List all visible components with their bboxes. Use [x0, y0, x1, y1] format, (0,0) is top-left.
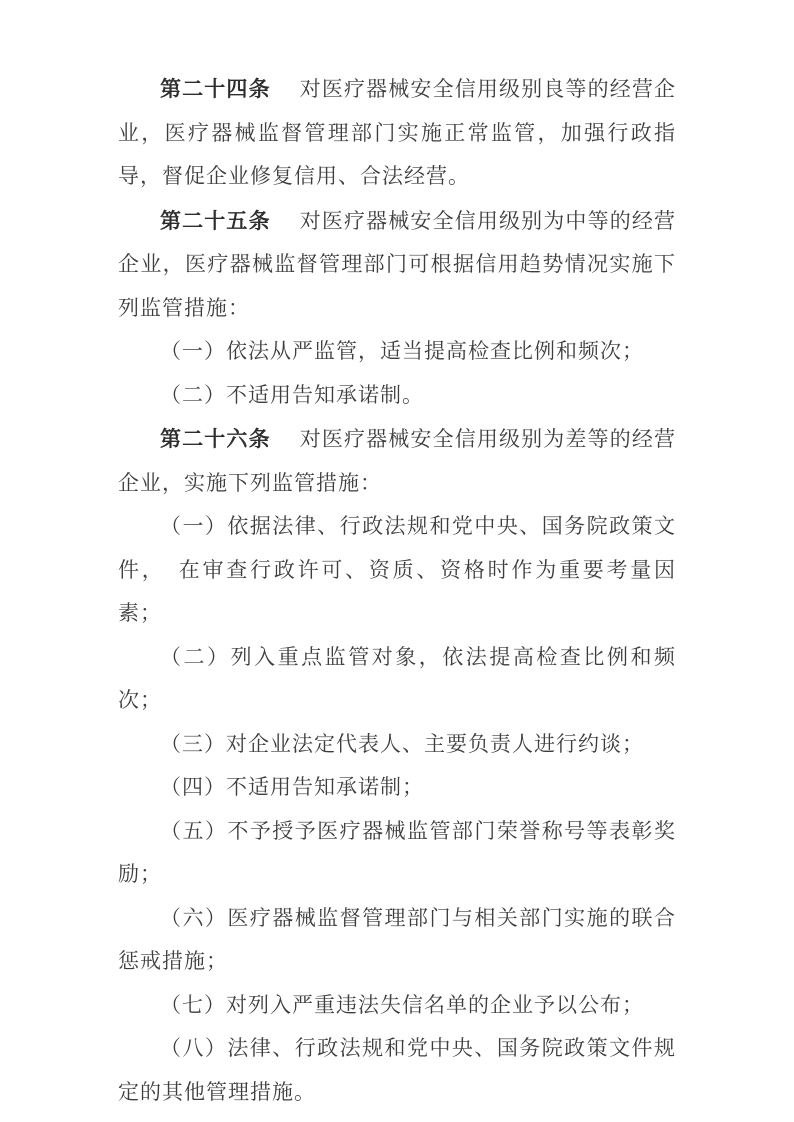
- paragraph-text: （二）不适用告知承诺制。: [160, 383, 424, 407]
- article-number: 第二十五条: [160, 208, 271, 233]
- paragraph-text: （一）依据法律、行政法规和党中央、国务院政策文件， 在审查行政许可、资质、资格时…: [118, 514, 676, 625]
- paragraph-text: （八）法律、行政法规和党中央、国务院政策文件规定的其他管理措施。: [118, 1036, 676, 1104]
- clause-paragraph: （八）法律、行政法规和党中央、国务院政策文件规定的其他管理措施。: [118, 1027, 676, 1114]
- article-paragraph: 第二十五条对医疗器械安全信用级别为中等的经营企业，医疗器械监督管理部门可根据信用…: [118, 199, 676, 331]
- clause-paragraph: （四）不适用告知承诺制；: [118, 766, 676, 810]
- clause-paragraph: （三）对企业法定代表人、主要负责人进行约谈；: [118, 723, 676, 767]
- article-paragraph: 第二十四条对医疗器械安全信用级别良等的经营企业，医疗器械监督管理部门实施正常监管…: [118, 67, 676, 199]
- paragraph-text: （一）依法从严监管，适当提高检查比例和频次；: [160, 339, 644, 363]
- document-body: 第二十四条对医疗器械安全信用级别良等的经营企业，医疗器械监督管理部门实施正常监管…: [118, 67, 676, 1114]
- paragraph-text: （四）不适用告知承诺制；: [160, 775, 424, 799]
- article-number: 第二十四条: [160, 76, 271, 101]
- article-number: 第二十六条: [160, 426, 271, 451]
- clause-paragraph: （一）依据法律、行政法规和党中央、国务院政策文件， 在审查行政许可、资质、资格时…: [118, 505, 676, 636]
- clause-paragraph: （五）不予授予医疗器械监管部门荣誉称号等表彰奖励；: [118, 810, 676, 897]
- clause-paragraph: （六）医疗器械监督管理部门与相关部门实施的联合惩戒措施；: [118, 897, 676, 984]
- paragraph-text: （二）列入重点监管对象，依法提高检查比例和频次；: [118, 645, 676, 713]
- paragraph-text: （七）对列入严重违法失信名单的企业予以公布；: [160, 993, 644, 1017]
- article-paragraph: 第二十六条对医疗器械安全信用级别为差等的经营企业，实施下列监管措施：: [118, 417, 676, 505]
- clause-paragraph: （二）列入重点监管对象，依法提高检查比例和频次；: [118, 636, 676, 723]
- clause-paragraph: （一）依法从严监管，适当提高检查比例和频次；: [118, 330, 676, 374]
- document-page: 第二十四条对医疗器械安全信用级别良等的经营企业，医疗器械监督管理部门实施正常监管…: [0, 0, 794, 1122]
- clause-paragraph: （七）对列入严重违法失信名单的企业予以公布；: [118, 984, 676, 1028]
- paragraph-text: （六）医疗器械监督管理部门与相关部门实施的联合惩戒措施；: [118, 906, 676, 974]
- paragraph-text: （五）不予授予医疗器械监管部门荣誉称号等表彰奖励；: [118, 819, 676, 887]
- clause-paragraph: （二）不适用告知承诺制。: [118, 374, 676, 418]
- paragraph-text: （三）对企业法定代表人、主要负责人进行约谈；: [160, 732, 644, 756]
